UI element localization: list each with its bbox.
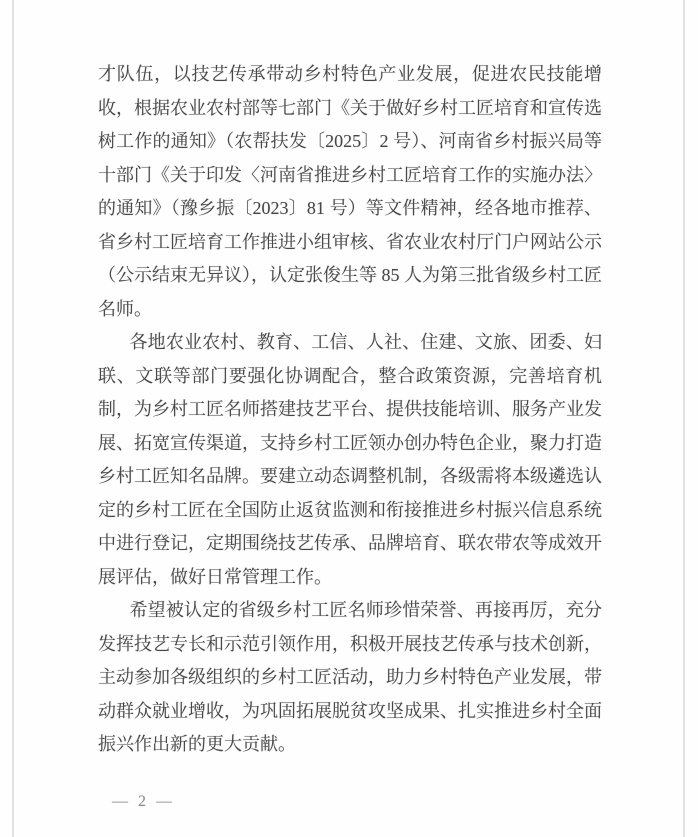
text-line: 发挥技艺专长和示范引领作用，积极开展技艺传承与技术创新， (98, 628, 602, 662)
text-line: 乡村工匠知名品牌。要建立动态调整机制，各级需将本级遴选认 (98, 460, 602, 494)
text-line: 主动参加各级组织的乡村工匠活动，助力乡村特色产业发展，带 (98, 661, 602, 695)
text-line: 中进行登记，定期围绕技艺传承、品牌培育、联农带农等成效开 (98, 527, 602, 561)
text-line: 展、拓宽宣传渠道，支持乡村工匠领办创办特色企业，聚力打造 (98, 427, 602, 461)
text-line: 各地农业农村、教育、工信、人社、住建、文旅、团委、妇 (98, 326, 602, 360)
page-right-edge-line (683, 0, 685, 837)
scanned-document-page: 才队伍，以技艺传承带动乡村特色产业发展，促进农民技能增收，根据农业农村部等七部门… (0, 0, 698, 837)
page-number: — 2 — (112, 793, 175, 811)
text-line: 十部门《关于印发〈河南省推进乡村工匠培育工作的实施办法〉 (98, 159, 602, 193)
text-line: 的通知》（豫乡振〔2023〕81 号）等文件精神，经各地市推荐、 (98, 192, 602, 226)
page-left-edge-line (12, 0, 14, 837)
text-line: 动群众就业增收，为巩固拓展脱贫攻坚成果、扎实推进乡村全面 (98, 695, 602, 729)
text-line: 联、文联等部门要强化协调配合，整合政策资源，完善培育机 (98, 360, 602, 394)
text-line: 定的乡村工匠在全国防止返贫监测和衔接推进乡村振兴信息系统 (98, 494, 602, 528)
text-line: 振兴作出新的更大贡献。 (98, 728, 602, 762)
text-line: 展评估，做好日常管理工作。 (98, 561, 602, 595)
text-line: （公示结束无异议），认定张俊生等 85 人为第三批省级乡村工匠 (98, 259, 602, 293)
text-line: 制，为乡村工匠名师搭建技艺平台、提供技能培训、服务产业发 (98, 393, 602, 427)
document-text-body: 才队伍，以技艺传承带动乡村特色产业发展，促进农民技能增收，根据农业农村部等七部门… (98, 58, 602, 762)
text-line: 收，根据农业农村部等七部门《关于做好乡村工匠培育和宣传选 (98, 92, 602, 126)
text-line: 名师。 (98, 293, 602, 327)
text-line: 才队伍，以技艺传承带动乡村特色产业发展，促进农民技能增 (98, 58, 602, 92)
text-line: 省乡村工匠培育工作推进小组审核、省农业农村厅门户网站公示 (98, 226, 602, 260)
text-line: 希望被认定的省级乡村工匠名师珍惜荣誉、再接再厉，充分 (98, 594, 602, 628)
text-line: 树工作的通知》（农帮扶发〔2025〕2 号）、河南省乡村振兴局等 (98, 125, 602, 159)
